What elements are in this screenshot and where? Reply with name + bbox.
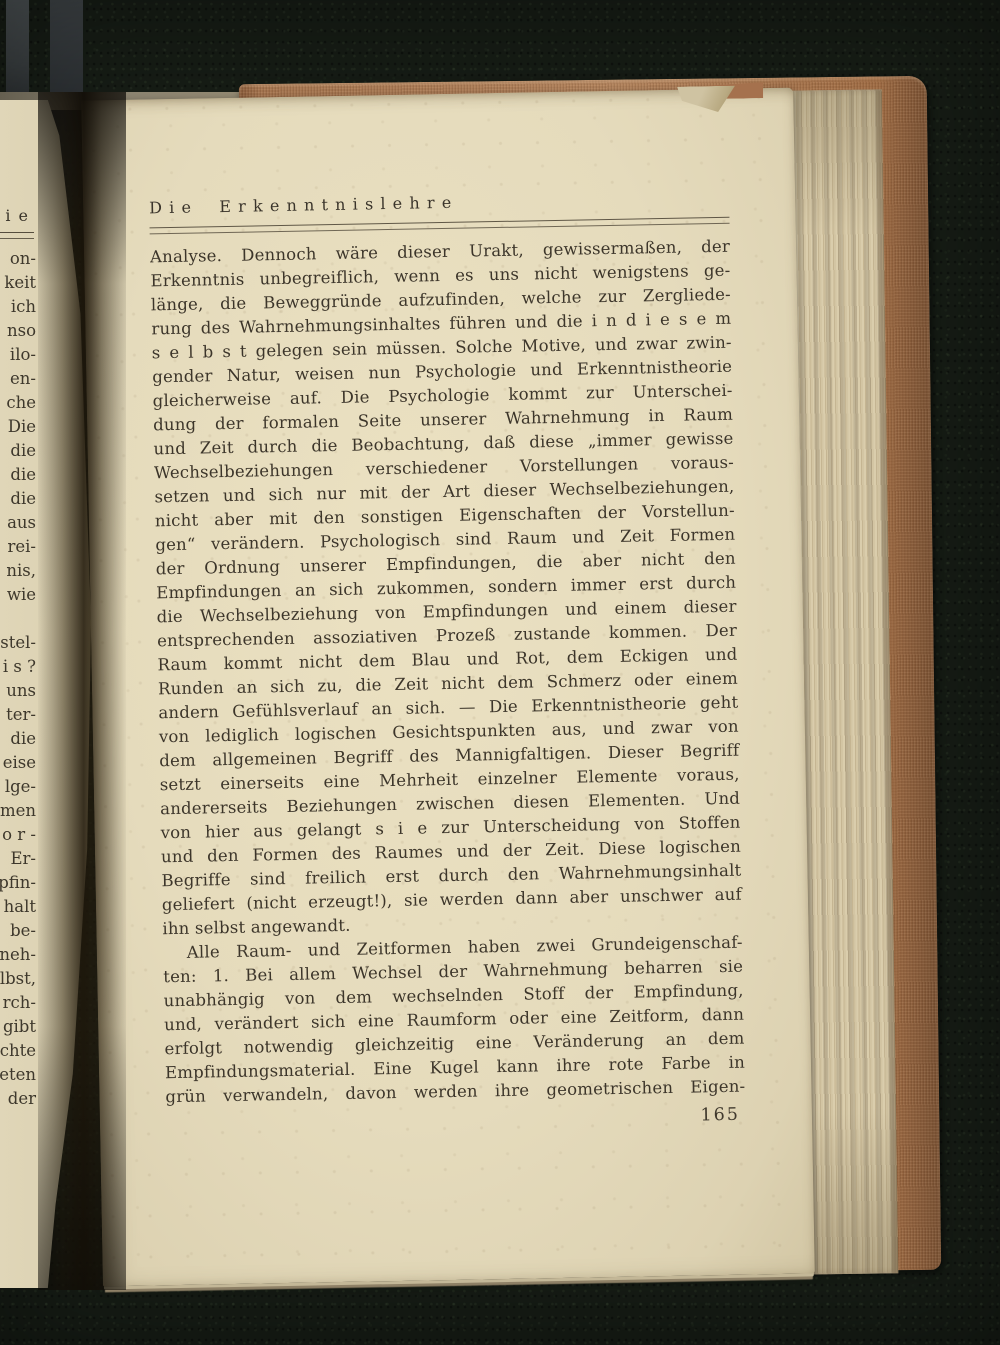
left-page-text-fragment: che	[0, 391, 36, 415]
left-page-text-fragment: on-	[0, 247, 36, 271]
book-stand-post-left	[6, 0, 29, 99]
left-page-text-fragment: pfin-	[0, 871, 36, 895]
page-number: 165	[166, 1105, 746, 1136]
left-page-text-fragment: neh-	[0, 943, 36, 967]
left-page-text-fragment: lge-	[0, 775, 36, 799]
running-header: Die Erkenntnislehre	[149, 185, 729, 222]
left-page-text-fragment: men	[0, 799, 36, 823]
left-page-text-fragment: eten	[0, 1063, 36, 1087]
page-body: Analyse. Dennoch wäre dieser Urakt, gewi…	[150, 235, 746, 1109]
left-page-text-fragment: die	[0, 439, 36, 463]
left-page-text-fragment: ilo-	[0, 343, 36, 367]
left-page-text-fragment: eise	[0, 751, 36, 775]
left-page-text-fragment: rei-	[0, 535, 36, 559]
left-page-text-fragment: Er-	[0, 847, 36, 871]
left-page-text-fragment: gibt	[0, 1015, 36, 1039]
left-page-text-fragment: ich	[0, 295, 36, 319]
left-page-text-fragment: lbst,	[0, 967, 36, 991]
left-page-text-fragment: die	[0, 727, 36, 751]
left-page-text-fragment: keit	[0, 271, 36, 295]
left-page-text-fragment: Die	[0, 415, 36, 439]
left-page-text-fragment: nis,	[0, 559, 36, 583]
left-page-fragments-column: ie on-keitichnsoilo-en-cheDiediediedieau…	[0, 204, 36, 1111]
left-page-text-fragment: uns	[0, 679, 36, 703]
left-page-text-fragment: stel-	[0, 631, 36, 655]
left-page-text-fragment: der	[0, 1087, 36, 1111]
left-page-text-fragment: o r -	[0, 823, 36, 847]
left-page-text-fragment: halt	[0, 895, 36, 919]
left-page-text-fragment: en-	[0, 367, 36, 391]
left-page-text-fragment: ter-	[0, 703, 36, 727]
left-page-text-fragment: be-	[0, 919, 36, 943]
left-page-text-fragment: nso	[0, 319, 36, 343]
left-page-text-fragment: aus	[0, 511, 36, 535]
left-page-text-fragment: wie	[0, 583, 36, 607]
left-page-text-fragment: i s ?	[0, 655, 36, 679]
left-page-text-fragment	[0, 607, 36, 631]
left-page-text-fragment: die	[0, 463, 36, 487]
left-header-rule	[0, 232, 34, 239]
book-photo-scene: ie on-keitichnsoilo-en-cheDiediediedieau…	[0, 0, 1000, 1345]
left-page-text-fragment: rch-	[0, 991, 36, 1015]
left-page-sliver: ie on-keitichnsoilo-en-cheDiediediedieau…	[0, 100, 92, 1288]
dog-ear-corner	[677, 86, 735, 113]
left-page-text-fragment: die	[0, 487, 36, 511]
right-page: Die Erkenntnislehre Analyse. Dennoch wär…	[81, 88, 815, 1287]
left-page-fragments: on-keitichnsoilo-en-cheDiediediedieausre…	[0, 247, 36, 1111]
left-page-text-fragment: chte	[0, 1039, 36, 1063]
right-page-content: Die Erkenntnislehre Analyse. Dennoch wär…	[149, 185, 746, 1135]
left-running-header-fragment: ie	[0, 204, 36, 228]
